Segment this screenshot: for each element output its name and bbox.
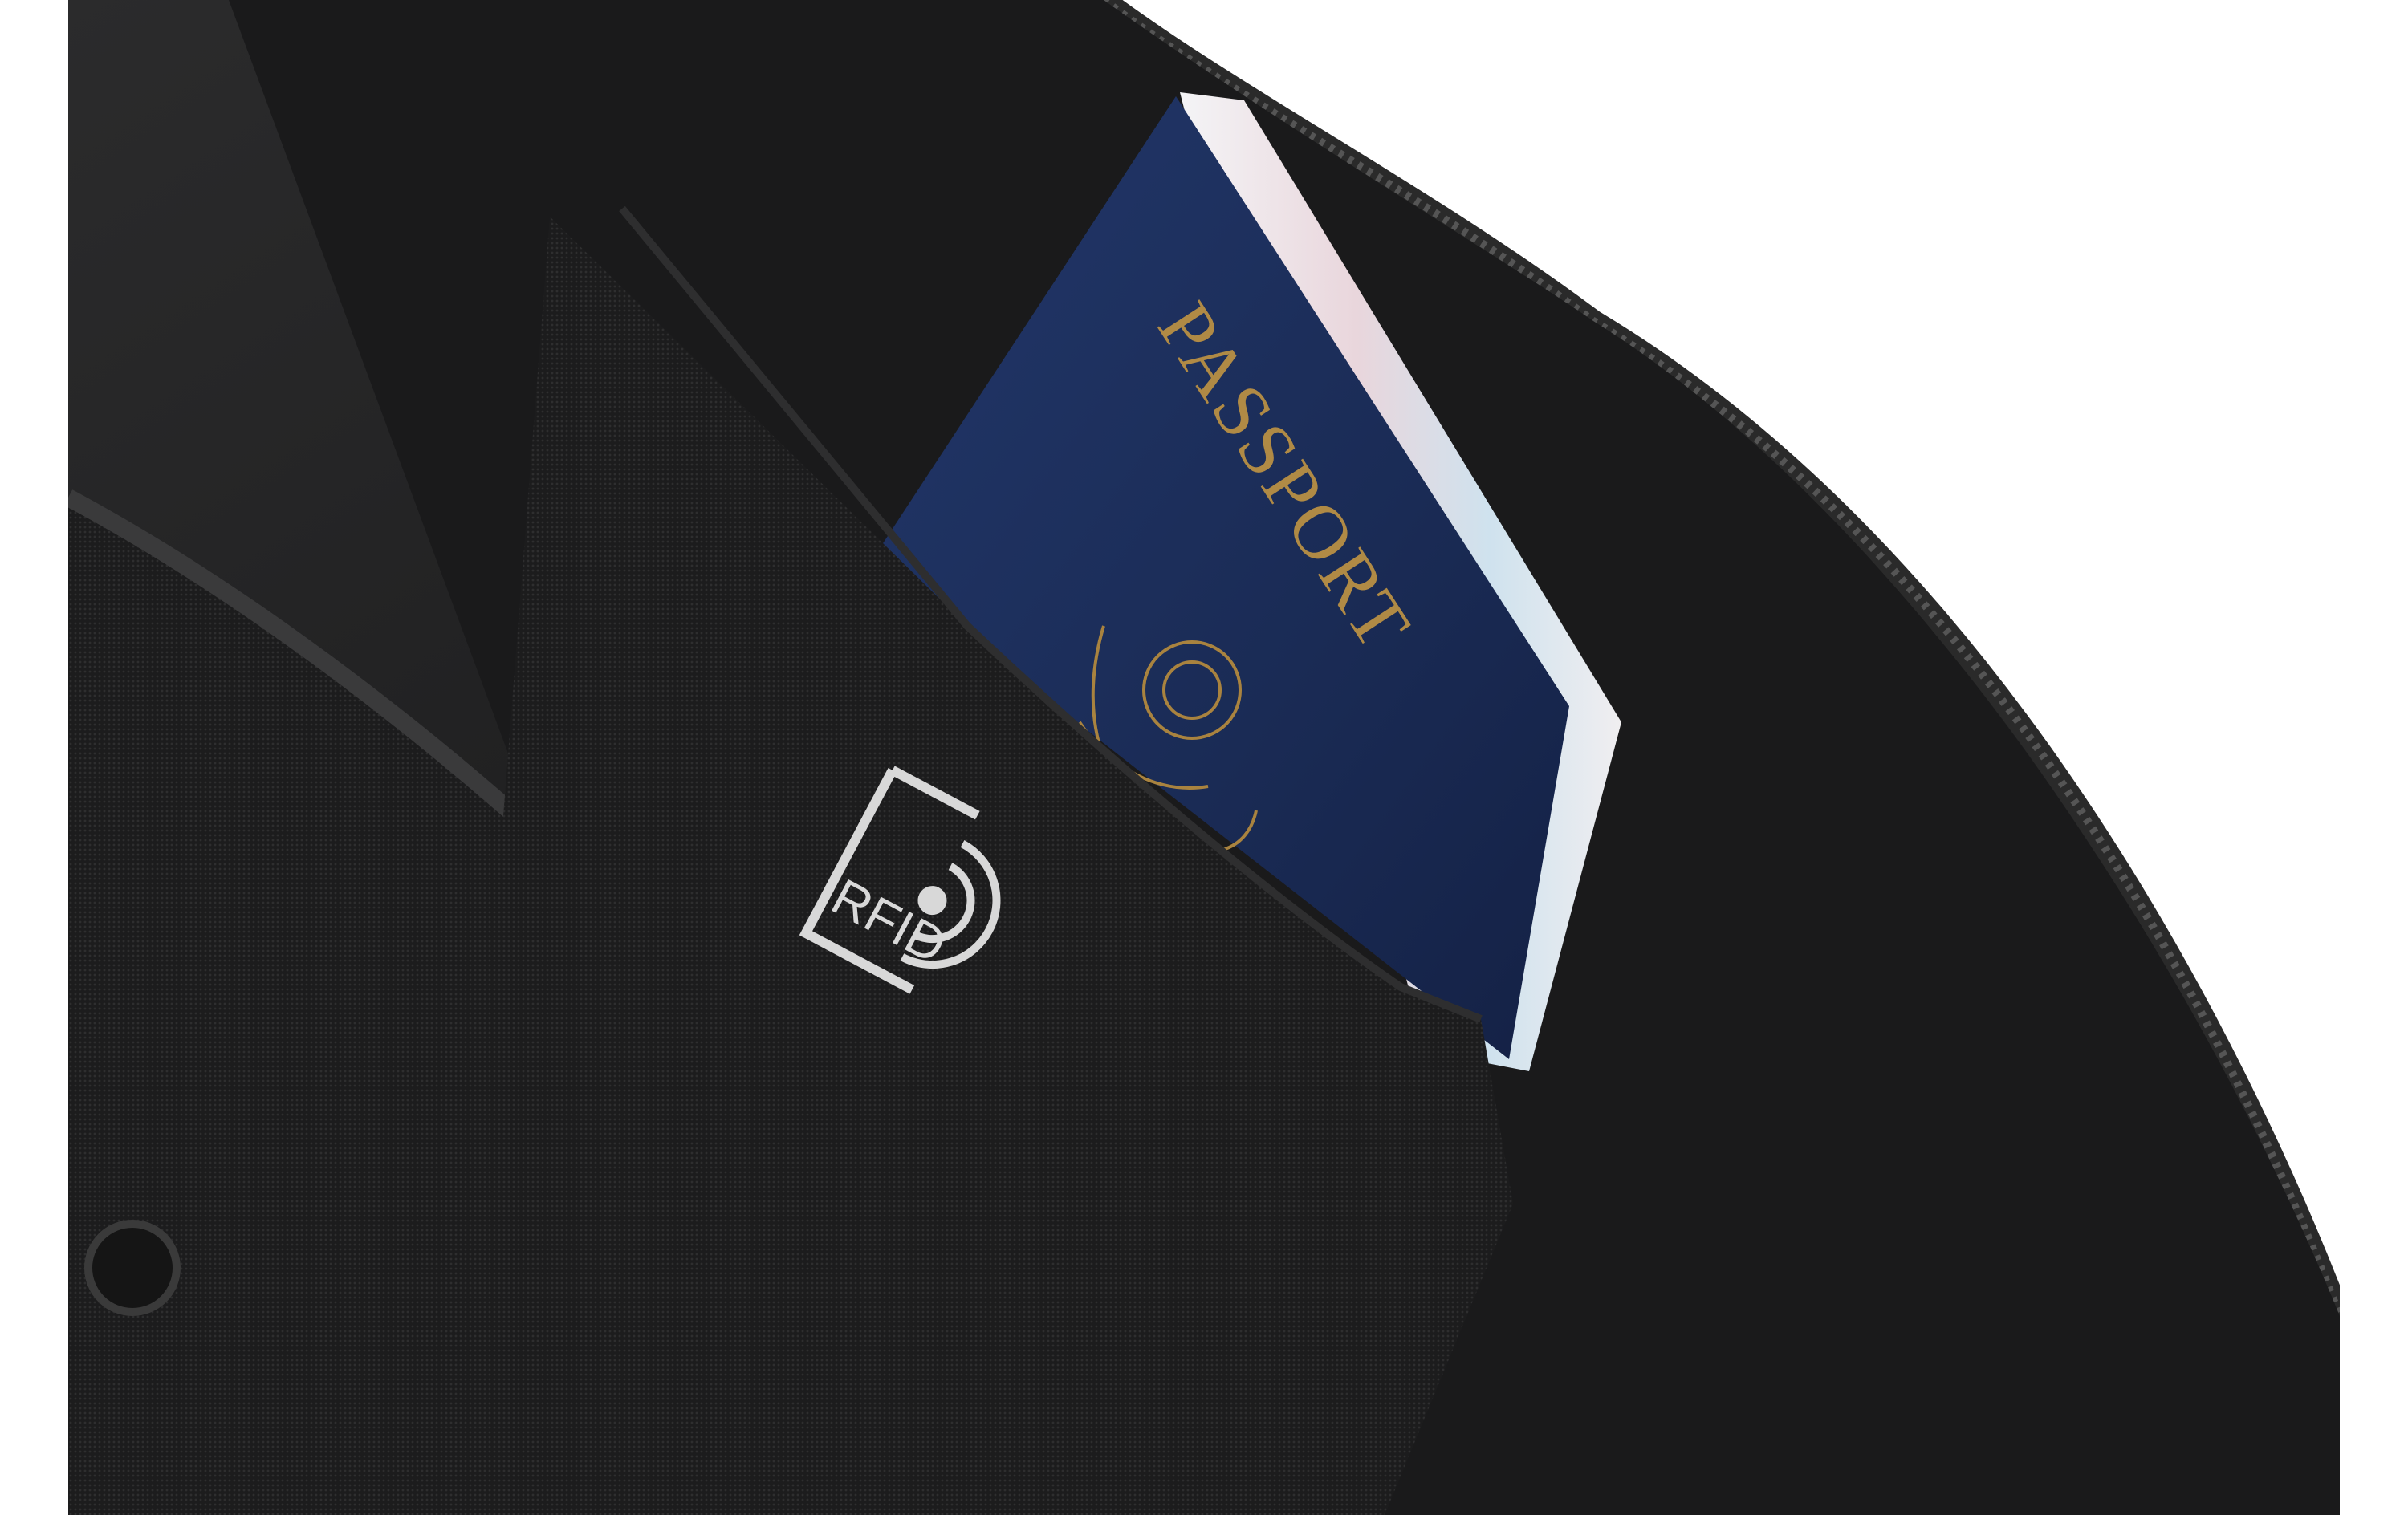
product-photo: PASSPORT RFID [68, 0, 2340, 1515]
bag-scene: PASSPORT RFID [68, 0, 2340, 1515]
